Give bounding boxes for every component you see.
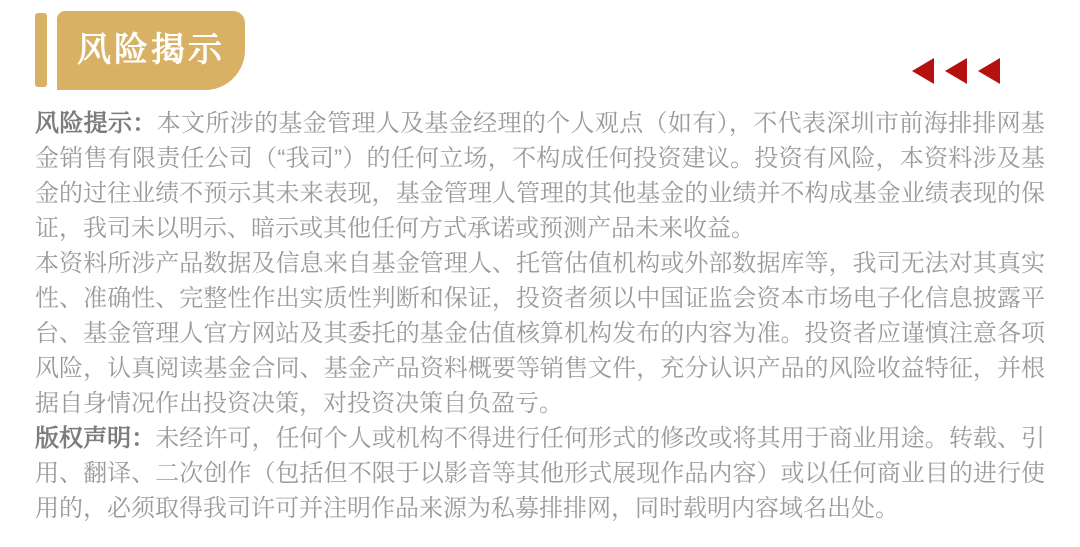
decorative-arrows [912, 58, 1000, 84]
page-title: 风险揭示 [77, 33, 225, 69]
data-source-paragraph: 本资料所涉产品数据及信息来自基金管理人、托管估值机构或外部数据库等，我司无法对其… [35, 246, 1045, 421]
copyright-text: 未经许可，任何个人或机构不得进行任何形式的修改或将其用于商业用途。转载、引用、翻… [35, 425, 1045, 522]
risk-notice-paragraph: 风险提示：本文所涉的基金管理人及基金经理的个人观点（如有），不代表深圳市前海排排… [35, 106, 1045, 246]
risk-notice-label: 风险提示： [35, 110, 157, 137]
left-triangle-icon [945, 58, 967, 84]
risk-disclosure-page: 风险揭示 风险提示：本文所涉的基金管理人及基金经理的个人观点（如有），不代表深圳… [0, 0, 1080, 547]
copyright-paragraph: 版权声明：未经许可，任何个人或机构不得进行任何形式的修改或将其用于商业用途。转载… [35, 421, 1045, 526]
left-triangle-icon [912, 58, 934, 84]
disclaimer-text-block: 风险提示：本文所涉的基金管理人及基金经理的个人观点（如有），不代表深圳市前海排排… [35, 106, 1045, 526]
copyright-label: 版权声明： [35, 425, 155, 452]
risk-notice-text: 本文所涉的基金管理人及基金经理的个人观点（如有），不代表深圳市前海排排网基金销售… [35, 110, 1045, 242]
left-triangle-icon [978, 58, 1000, 84]
section-title-badge: 风险揭示 [57, 11, 245, 90]
data-source-text: 本资料所涉产品数据及信息来自基金管理人、托管估值机构或外部数据库等，我司无法对其… [35, 250, 1045, 417]
gold-accent-bar [35, 13, 47, 87]
page-header: 风险揭示 [0, 0, 1080, 100]
